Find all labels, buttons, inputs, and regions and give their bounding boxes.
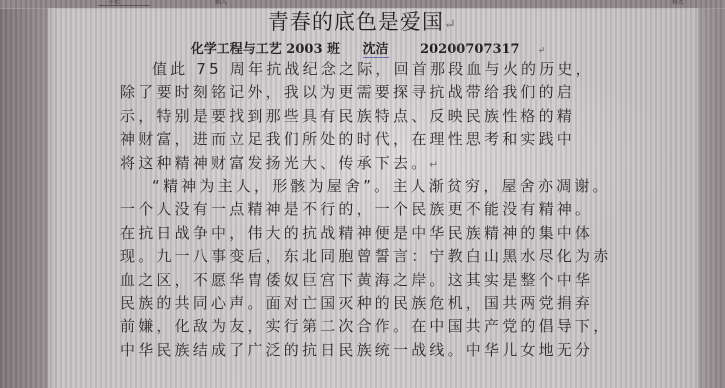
document-title: 青春的底色是爱国↵ [0, 6, 725, 36]
text-line: 神财富，进而立足我们所处的时代，在理性思考和实践中 [120, 128, 660, 151]
title-text: 青春的底色是爱国 [268, 10, 444, 34]
text-line: 示，特别是要找到那些具有民族特点、反映民族性格的精 [120, 105, 660, 128]
text-line: 值此 75 周年抗战纪念之际，回首那段血与火的历史， [120, 58, 660, 81]
text-line: 中华民族结成了广泛的抗日民族统一战线。中华儿女地无分 [120, 339, 660, 362]
text-line: 在抗日战争中，伟大的抗战精神便是中华民族精神的集中体 [120, 222, 660, 245]
text-line: “精神为主人，形骸为屋舍”。主人渐贫穷，屋舍亦凋谢。 [120, 175, 660, 198]
text-line: 将这种精神财富发扬光大、传承下去。↵ [120, 152, 660, 175]
text-line: 血之区，不愿华胄倭奴巨宫下黄海之岸。这其实是整个中华 [120, 269, 660, 292]
screen-photo: 开始 插入 格式 青春的底色是爱国↵ 化学工程与工艺 2003 班 沈洁 202… [0, 0, 725, 388]
text-line: 一个人没有一点精神是不行的，一个民族更不能没有精神。 [120, 198, 660, 221]
document-body[interactable]: 值此 75 周年抗战纪念之际，回首那段血与火的历史， 除了要时刻铭记外，我以为更… [120, 58, 660, 362]
author-name: 沈洁 [363, 42, 389, 58]
student-id: 20200707317↵ [411, 42, 554, 57]
paragraph-mark-icon: ↵ [444, 16, 457, 33]
text-line: 民族的共同心声。面对亡国灭种的民族危机，国共两党捐弃 [120, 292, 660, 315]
text-line: 除了要时刻铭记外，我以为更需要探寻抗战带给我们的启 [120, 81, 660, 104]
class-name: 化学工程与工艺 2003 班 [191, 42, 340, 57]
text-line: 前嫌，化敌为友，实行第二次合作。在中国共产党的倡导下， [120, 315, 660, 338]
author-byline: 化学工程与工艺 2003 班 沈洁 20200707317↵ [0, 38, 725, 57]
paragraph-mark-icon: ↵ [429, 159, 441, 171]
text-line: 现。九一八事变后，东北同胞曾誓言：宁教白山黑水尽化为赤 [120, 245, 660, 268]
paragraph-mark-icon: ↵ [538, 45, 546, 56]
